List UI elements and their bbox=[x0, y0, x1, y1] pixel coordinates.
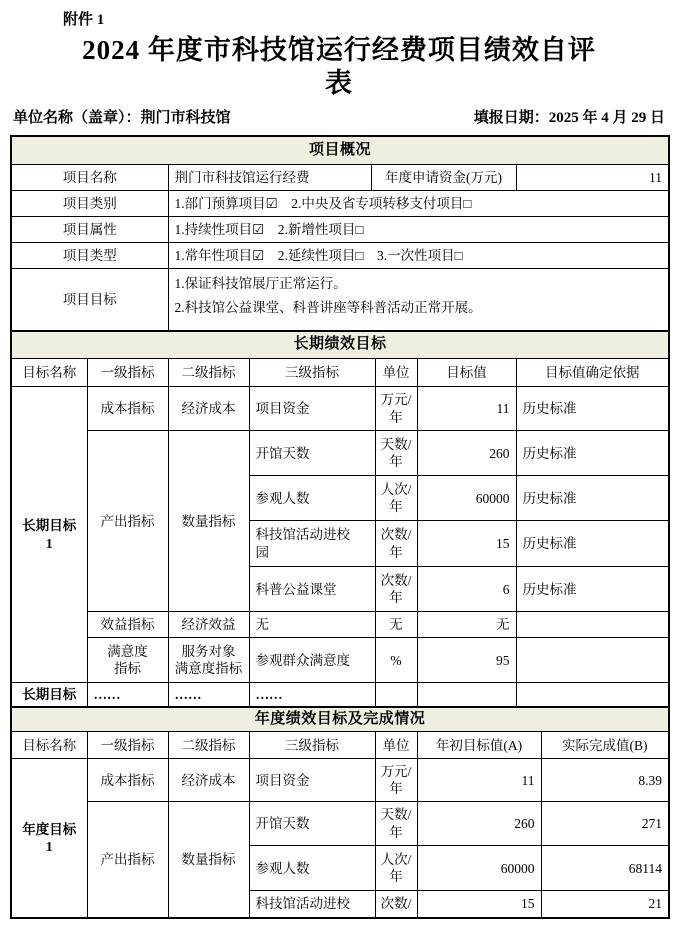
cell-indicator3: 参观人数 bbox=[249, 846, 375, 891]
cell-indicator3: 开馆天数 bbox=[249, 431, 375, 476]
col-header-target: 目标值 bbox=[417, 359, 516, 387]
table-row: 项目类别 1.部门预算项目☑ 2.中央及省专项转移支付项目□ bbox=[11, 191, 669, 217]
cell-indicator3: 科技馆活动进校 园 bbox=[249, 521, 375, 567]
cell-level1: 效益指标 bbox=[87, 612, 168, 638]
longterm-goals-table: 长期绩效目标 目标名称 一级指标 二级指标 三级指标 单位 目标值 目标值确定依… bbox=[10, 330, 670, 708]
cell-initial-target: 11 bbox=[417, 759, 541, 802]
project-type-label: 项目类型 bbox=[11, 243, 168, 269]
longterm-ellipsis-row: 长期目标 …… …… …… bbox=[11, 683, 669, 707]
cell-level2: 数量指标 bbox=[168, 431, 249, 612]
project-attribute-value: 1.持续性项目☑ 2.新增性项目□ bbox=[168, 217, 669, 243]
cell-level2: 经济成本 bbox=[168, 387, 249, 431]
table-row: 项目名称 荆门市科技馆运行经费 年度申请资金(万元) 11 bbox=[11, 165, 669, 191]
cell-level1: 产出指标 bbox=[87, 431, 168, 612]
longterm-goal-name-ellipsis: 长期目标 bbox=[11, 683, 87, 707]
cell-actual-value: 21 bbox=[541, 891, 669, 918]
report-date: 填报日期：2025 年 4 月 29 日 bbox=[474, 106, 665, 127]
cell-basis bbox=[516, 683, 669, 707]
cell-level2: …… bbox=[168, 683, 249, 707]
cell-indicator3: 项目资金 bbox=[249, 759, 375, 802]
cell-basis: 历史标准 bbox=[516, 387, 669, 431]
project-category-value: 1.部门预算项目☑ 2.中央及省专项转移支付项目□ bbox=[168, 191, 669, 217]
cell-unit: 人次/ 年 bbox=[375, 846, 417, 891]
section-header-overview: 项目概况 bbox=[11, 136, 669, 165]
table-row: 项目属性 1.持续性项目☑ 2.新增性项目□ bbox=[11, 217, 669, 243]
annual-goals-table: 年度绩效目标及完成情况 目标名称 一级指标 二级指标 三级指标 单位 年初目标值… bbox=[10, 706, 670, 919]
longterm-row: 效益指标 经济效益 无 无 无 bbox=[11, 612, 669, 638]
annual-header-row: 目标名称 一级指标 二级指标 三级指标 单位 年初目标值(A) 实际完成值(B) bbox=[11, 732, 669, 759]
cell-actual-value: 8.39 bbox=[541, 759, 669, 802]
section-title-longterm: 长期绩效目标 bbox=[11, 331, 669, 359]
cell-initial-target: 15 bbox=[417, 891, 541, 918]
annual-fund-label: 年度申请资金(万元) bbox=[371, 165, 516, 191]
cell-initial-target: 60000 bbox=[417, 846, 541, 891]
longterm-header-row: 目标名称 一级指标 二级指标 三级指标 单位 目标值 目标值确定依据 bbox=[11, 359, 669, 387]
cell-basis bbox=[516, 612, 669, 638]
longterm-goal-name: 长期目标 1 bbox=[11, 387, 87, 683]
cell-unit: 天数/ 年 bbox=[375, 802, 417, 846]
col-header-level2: 二级指标 bbox=[168, 732, 249, 759]
cell-unit: 无 bbox=[375, 612, 417, 638]
col-header-level3: 三级指标 bbox=[249, 732, 375, 759]
longterm-row: 产出指标 数量指标 开馆天数 天数/ 年 260 历史标准 bbox=[11, 431, 669, 476]
section-header-annual: 年度绩效目标及完成情况 bbox=[11, 707, 669, 732]
cell-indicator3: 科技馆活动进校 bbox=[249, 891, 375, 918]
document-page: 附件 1 2024 年度市科技馆运行经费项目绩效自评 表 单位名称（盖章）：荆门… bbox=[0, 0, 675, 919]
cell-level1: 成本指标 bbox=[87, 759, 168, 802]
cell-level2: 经济成本 bbox=[168, 759, 249, 802]
cell-unit: 次数/ 年 bbox=[375, 521, 417, 567]
annual-row: 年度目标 1 成本指标 经济成本 项目资金 万元/ 年 11 8.39 bbox=[11, 759, 669, 802]
cell-basis: 历史标准 bbox=[516, 567, 669, 612]
project-overview-table: 项目概况 项目名称 荆门市科技馆运行经费 年度申请资金(万元) 11 项目类别 … bbox=[10, 135, 670, 332]
cell-unit: 万元/ 年 bbox=[375, 387, 417, 431]
cell-unit: 天数/ 年 bbox=[375, 431, 417, 476]
attachment-label: 附件 1 bbox=[63, 8, 668, 29]
unit-label: 单位名称（盖章）： bbox=[13, 110, 141, 126]
cell-indicator3: 开馆天数 bbox=[249, 802, 375, 846]
table-row: 项目类型 1.常年性项目☑ 2.延续性项目□ 3.一次性项目□ bbox=[11, 243, 669, 269]
col-header-goal-name: 目标名称 bbox=[11, 732, 87, 759]
annual-fund-value: 11 bbox=[516, 165, 669, 191]
cell-actual-value: 271 bbox=[541, 802, 669, 846]
cell-level1: 产出指标 bbox=[87, 802, 168, 918]
project-name-label: 项目名称 bbox=[11, 165, 168, 191]
project-objective-label: 项目目标 bbox=[11, 269, 168, 331]
cell-target: 无 bbox=[417, 612, 516, 638]
col-header-unit: 单位 bbox=[375, 359, 417, 387]
annual-goal-name: 年度目标 1 bbox=[11, 759, 87, 918]
cell-level2: 数量指标 bbox=[168, 802, 249, 918]
cell-initial-target: 260 bbox=[417, 802, 541, 846]
col-header-actual-value: 实际完成值(B) bbox=[541, 732, 669, 759]
col-header-initial-target: 年初目标值(A) bbox=[417, 732, 541, 759]
cell-indicator3: 科普公益课堂 bbox=[249, 567, 375, 612]
cell-unit: 人次/ 年 bbox=[375, 476, 417, 521]
cell-basis bbox=[516, 638, 669, 683]
cell-level1: …… bbox=[87, 683, 168, 707]
col-header-level1: 一级指标 bbox=[87, 732, 168, 759]
project-type-value: 1.常年性项目☑ 2.延续性项目□ 3.一次性项目□ bbox=[168, 243, 669, 269]
unit-value: 荆门市科技馆 bbox=[141, 110, 231, 126]
cell-target: 260 bbox=[417, 431, 516, 476]
cell-indicator3: 参观群众满意度 bbox=[249, 638, 375, 683]
cell-indicator3: 项目资金 bbox=[249, 387, 375, 431]
cell-basis: 历史标准 bbox=[516, 476, 669, 521]
col-header-unit: 单位 bbox=[375, 732, 417, 759]
cell-target: 11 bbox=[417, 387, 516, 431]
date-label: 填报日期： bbox=[474, 110, 549, 126]
cell-unit: 万元/ 年 bbox=[375, 759, 417, 802]
cell-unit bbox=[375, 683, 417, 707]
cell-target: 60000 bbox=[417, 476, 516, 521]
cell-level1: 成本指标 bbox=[87, 387, 168, 431]
col-header-level1: 一级指标 bbox=[87, 359, 168, 387]
unit-name: 单位名称（盖章）：荆门市科技馆 bbox=[13, 106, 231, 127]
cell-level1: 满意度 指标 bbox=[87, 638, 168, 683]
date-value: 2025 年 4 月 29 日 bbox=[549, 110, 665, 126]
project-name-value: 荆门市科技馆运行经费 bbox=[168, 165, 371, 191]
project-objective-value: 1.保证科技馆展厅正常运行。 2.科技馆公益课堂、科普讲座等科普活动正常开展。 bbox=[168, 269, 669, 331]
cell-actual-value: 68114 bbox=[541, 846, 669, 891]
cell-indicator3: 无 bbox=[249, 612, 375, 638]
longterm-row: 满意度 指标 服务对象 满意度指标 参观群众满意度 % 95 bbox=[11, 638, 669, 683]
col-header-goal-name: 目标名称 bbox=[11, 359, 87, 387]
section-title-annual: 年度绩效目标及完成情况 bbox=[11, 707, 669, 732]
section-title-overview: 项目概况 bbox=[11, 136, 669, 165]
project-category-label: 项目类别 bbox=[11, 191, 168, 217]
cell-basis: 历史标准 bbox=[516, 521, 669, 567]
cell-unit: % bbox=[375, 638, 417, 683]
cell-unit: 次数/ 年 bbox=[375, 567, 417, 612]
section-header-longterm: 长期绩效目标 bbox=[11, 331, 669, 359]
col-header-level2: 二级指标 bbox=[168, 359, 249, 387]
cell-basis: 历史标准 bbox=[516, 431, 669, 476]
col-header-basis: 目标值确定依据 bbox=[516, 359, 669, 387]
meta-line: 单位名称（盖章）：荆门市科技馆 填报日期：2025 年 4 月 29 日 bbox=[13, 106, 665, 127]
col-header-level3: 三级指标 bbox=[249, 359, 375, 387]
cell-target: 95 bbox=[417, 638, 516, 683]
longterm-row: 长期目标 1 成本指标 经济成本 项目资金 万元/ 年 11 历史标准 bbox=[11, 387, 669, 431]
cell-target: 6 bbox=[417, 567, 516, 612]
cell-target bbox=[417, 683, 516, 707]
cell-indicator3: …… bbox=[249, 683, 375, 707]
cell-target: 15 bbox=[417, 521, 516, 567]
cell-indicator3: 参观人数 bbox=[249, 476, 375, 521]
project-attribute-label: 项目属性 bbox=[11, 217, 168, 243]
cell-unit: 次数/ bbox=[375, 891, 417, 918]
cell-level2: 经济效益 bbox=[168, 612, 249, 638]
table-row: 项目目标 1.保证科技馆展厅正常运行。 2.科技馆公益课堂、科普讲座等科普活动正… bbox=[11, 269, 669, 331]
annual-row: 产出指标 数量指标 开馆天数 天数/ 年 260 271 bbox=[11, 802, 669, 846]
page-title: 2024 年度市科技馆运行经费项目绩效自评 表 bbox=[10, 34, 668, 100]
cell-level2: 服务对象 满意度指标 bbox=[168, 638, 249, 683]
